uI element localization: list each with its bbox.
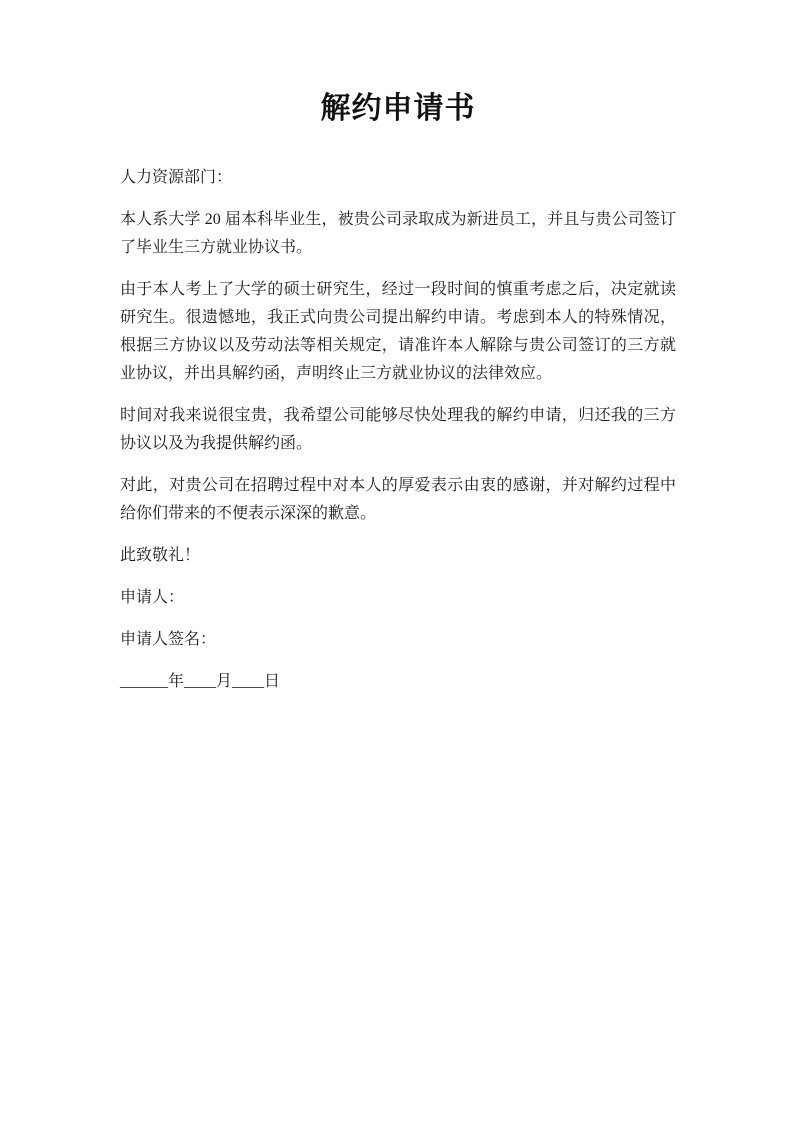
salutation-line: 人力资源部门： [120,164,676,192]
body-paragraph: 由于本人考上了大学的硕士研究生，经过一段时间的慎重考虑之后，决定就读研究生。很遗… [120,276,676,388]
body-paragraph: 本人系大学 20 届本科毕业生，被贵公司录取成为新进员工，并且与贵公司签订了毕业… [120,206,676,262]
document-page: 解约申请书 人力资源部门： 本人系大学 20 届本科毕业生，被贵公司录取成为新进… [0,0,793,1122]
document-content: 解约申请书 人力资源部门： 本人系大学 20 届本科毕业生，被贵公司录取成为新进… [120,0,676,710]
closing-line: 此致敬礼！ [120,542,676,570]
applicant-label: 申请人： [120,584,676,612]
body-paragraph: 时间对我来说很宝贵，我希望公司能够尽快处理我的解约申请，归还我的三方协议以及为我… [120,402,676,458]
document-title: 解约申请书 [120,89,676,128]
date-fill-in-line: ______年____月____日 [120,668,676,696]
applicant-signature-label: 申请人签名： [120,626,676,654]
body-paragraph: 对此，对贵公司在招聘过程中对本人的厚爱表示由衷的感谢，并对解约过程中给你们带来的… [120,472,676,528]
